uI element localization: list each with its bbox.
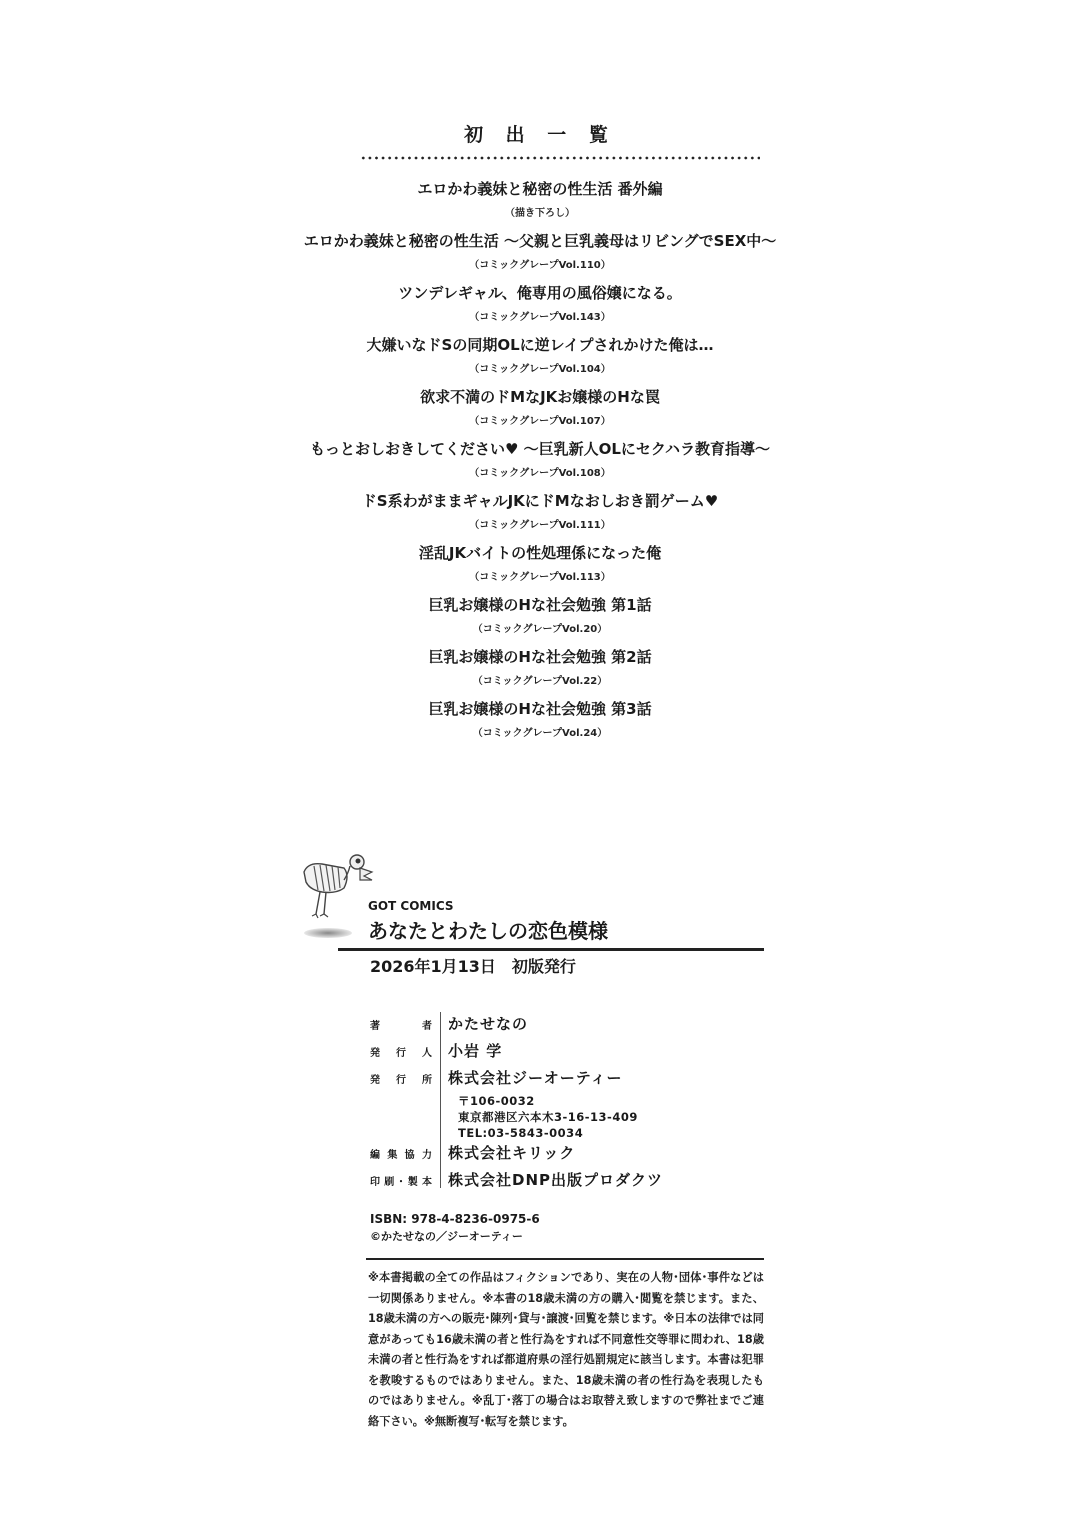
list-item: 淫乱JKバイトの性処理係になった俺 （コミックグレープVol.113） (0, 542, 1080, 594)
story-source: （コミックグレープVol.110） (0, 258, 1080, 274)
credit-value: 株式会社DNP出版プロダクツ (448, 1168, 663, 1192)
credit-value: 小岩 学 (448, 1039, 502, 1063)
credit-label: 著者 (370, 1015, 432, 1039)
story-source: （コミックグレープVol.111） (0, 518, 1080, 534)
story-source: （コミックグレープVol.143） (0, 310, 1080, 326)
credit-row-publisher: 発行所 株式会社ジーオーティー (370, 1066, 770, 1093)
credit-row-publisher-person: 発行人 小岩 学 (370, 1039, 770, 1066)
list-item: 巨乳お嬢様のHな社会勉強 第1話 （コミックグレープVol.20） (0, 594, 1080, 646)
list-item: ツンデレギャル、俺専用の風俗嬢になる。 （コミックグレープVol.143） (0, 282, 1080, 334)
story-title: ツンデレギャル、俺専用の風俗嬢になる。 (0, 282, 1080, 304)
story-source: （コミックグレープVol.104） (0, 362, 1080, 378)
list-item: エロかわ義妹と秘密の性生活 ～父親と巨乳義母はリビングでSEX中～ （コミックグ… (0, 230, 1080, 282)
list-item: 巨乳お嬢様のHな社会勉強 第2話 （コミックグレープVol.22） (0, 646, 1080, 698)
legal-notice: ※本書掲載の全ての作品はフィクションであり、実在の人物･団体･事件などは一切関係… (368, 1268, 764, 1432)
story-title: 巨乳お嬢様のHな社会勉強 第3話 (0, 698, 1080, 720)
first-appearance-heading: 初 出 一 覧 (0, 120, 1080, 147)
publisher-address: 東京都港区六本木3-16-13-409 (458, 1109, 770, 1125)
story-title: ドS系わがままギャルJKにドMなおしおき罰ゲーム♥ (0, 490, 1080, 512)
story-title: もっとおしおきしてください♥ ～巨乳新人OLにセクハラ教育指導～ (0, 438, 1080, 460)
story-title: エロかわ義妹と秘密の性生活 番外編 (0, 178, 1080, 200)
credits-table: 著者 かたせなの 発行人 小岩 学 発行所 株式会社ジーオーティー 〒106-0… (370, 1012, 770, 1195)
credit-row-printing: 印刷･製本 株式会社DNP出版プロダクツ (370, 1168, 770, 1195)
credit-label: 印刷･製本 (370, 1171, 432, 1195)
credit-label: 発行人 (370, 1042, 432, 1066)
list-item: 巨乳お嬢様のHな社会勉強 第3話 （コミックグレープVol.24） (0, 698, 1080, 750)
imprint-block: GOT COMICS あなたとわたしの恋色模様 (368, 898, 764, 945)
story-source: （描き下ろし） (0, 206, 1080, 222)
imprint-brand: GOT COMICS (368, 898, 764, 914)
story-title: 大嫌いなドSの同期OLに逆レイプされかけた俺は… (0, 334, 1080, 356)
credit-label: 発行所 (370, 1069, 432, 1093)
credit-row-author: 著者 かたせなの (370, 1012, 770, 1039)
copyright: ©かたせなの／ジーオーティー (370, 1228, 523, 1245)
story-source: （コミックグレープVol.20） (0, 622, 1080, 638)
publisher-phone: TEL:03-5843-0034 (458, 1125, 770, 1141)
credit-label: 編集協力 (370, 1144, 432, 1168)
story-title: 欲求不満のドMなJKお嬢様のHな罠 (0, 386, 1080, 408)
title-rule (338, 948, 764, 951)
list-item: 大嫌いなドSの同期OLに逆レイプされかけた俺は… （コミックグレープVol.10… (0, 334, 1080, 386)
story-source: （コミックグレープVol.108） (0, 466, 1080, 482)
story-title: 巨乳お嬢様のHな社会勉強 第1話 (0, 594, 1080, 616)
credit-value: 株式会社キリック (448, 1141, 575, 1165)
publication-date: 2026年1月13日 初版発行 (370, 955, 576, 979)
story-source: （コミックグレープVol.24） (0, 726, 1080, 742)
credit-value: かたせなの (448, 1012, 528, 1036)
list-item: ドS系わがままギャルJKにドMなおしおき罰ゲーム♥ （コミックグレープVol.1… (0, 490, 1080, 542)
credits-divider (440, 1012, 441, 1188)
book-title: あなたとわたしの恋色模様 (368, 917, 764, 945)
credit-row-editorial: 編集協力 株式会社キリック (370, 1141, 770, 1168)
story-title: 巨乳お嬢様のHな社会勉強 第2話 (0, 646, 1080, 668)
story-title: エロかわ義妹と秘密の性生活 ～父親と巨乳義母はリビングでSEX中～ (0, 230, 1080, 252)
list-item: もっとおしおきしてください♥ ～巨乳新人OLにセクハラ教育指導～ （コミックグレ… (0, 438, 1080, 490)
story-source: （コミックグレープVol.113） (0, 570, 1080, 586)
story-source: （コミックグレープVol.107） (0, 414, 1080, 430)
isbn: ISBN: 978-4-8236-0975-6 (370, 1210, 540, 1228)
dotted-divider (360, 156, 760, 160)
story-title: 淫乱JKバイトの性処理係になった俺 (0, 542, 1080, 564)
publisher-postal-code: 〒106-0032 (458, 1093, 770, 1109)
story-source: （コミックグレープVol.22） (0, 674, 1080, 690)
first-appearance-list: エロかわ義妹と秘密の性生活 番外編 （描き下ろし） エロかわ義妹と秘密の性生活 … (0, 178, 1080, 750)
credit-value: 株式会社ジーオーティー (448, 1066, 623, 1090)
notice-rule (366, 1258, 764, 1260)
list-item: エロかわ義妹と秘密の性生活 番外編 （描き下ろし） (0, 178, 1080, 230)
list-item: 欲求不満のドMなJKお嬢様のHな罠 （コミックグレープVol.107） (0, 386, 1080, 438)
